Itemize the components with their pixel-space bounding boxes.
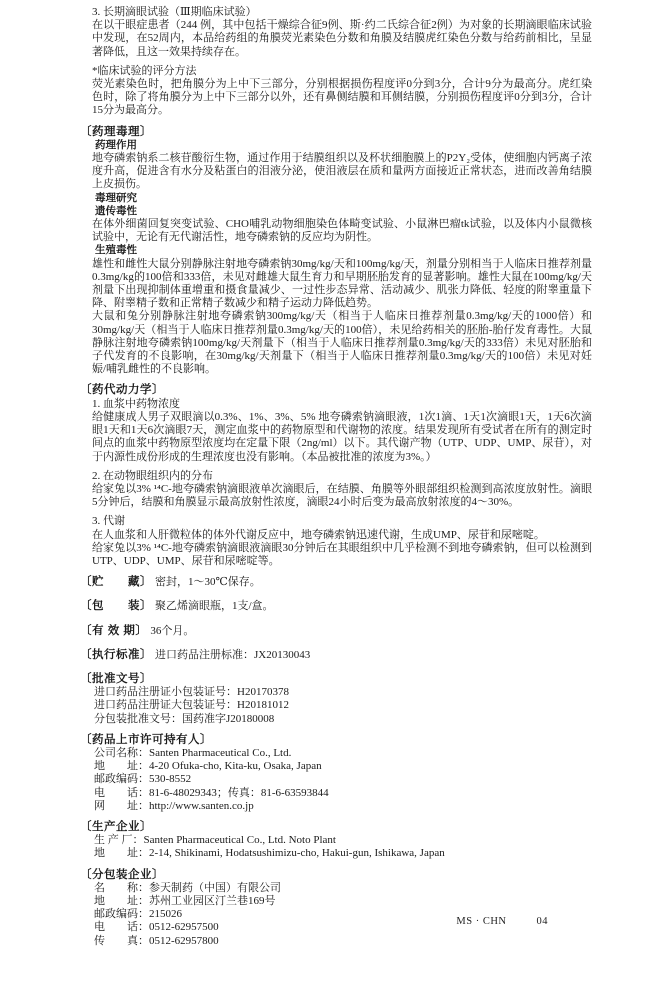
document-content: 3. 长期滴眼试验（Ⅲ期临床试验）在以干眼症患者（244 例，其中包括干燥综合征…: [0, 0, 672, 948]
bracket-header-label: 〔批准文号〕: [80, 673, 152, 685]
holder-postal-code: 邮政编码：530-8552: [94, 773, 592, 786]
pk-item-1-title: 1. 血浆中药物浓度: [92, 398, 592, 411]
holder-website: 网 址：http://www.santen.co.jp: [94, 800, 592, 813]
pk-item-3-title: 3. 代谢: [92, 515, 592, 528]
section-executive-standard: 〔执行标准〕进口药品注册标准：JX20130043: [80, 649, 592, 662]
bracket-header-label: 〔药品上市许可持有人〕: [80, 734, 212, 746]
bracket-header-text: 36个月。: [147, 625, 194, 637]
bracket-header-label: 〔执行标准〕: [80, 649, 152, 661]
holder-phone-fax: 电 话：81-6-48029343；传真：81-6-63593844: [94, 787, 592, 800]
bracket-header-label: 〔药理毒理〕: [80, 126, 152, 138]
holder-address: 地 址：4-20 Ofuka-cho, Kita-ku, Osaka, Japa…: [94, 760, 592, 773]
genetic-toxicity-paragraph: 在体外细菌回复突变试验、CHO哺乳动物细胞染色体畸变试验、小鼠淋巴瘤tk试验，以…: [92, 218, 592, 244]
section-pharmacokinetics: 〔药代动力学〕: [80, 384, 592, 397]
clinical-trial-paragraph: 在以干眼症患者（244 例，其中包括干燥综合征9例、斯·约二氏综合征2例）为对象…: [92, 19, 592, 59]
scoring-method-paragraph: 荧光素染色时，把角膜分为上中下三部分，分别根据损伤程度评0分到3分，合计9分为最…: [92, 78, 592, 118]
section-packaging: 〔包 装〕聚乙烯滴眼瓶，1支/盒。: [80, 600, 592, 613]
bracket-header-text: 密封，1～30℃保存。: [152, 576, 261, 588]
bracket-header-text: 聚乙烯滴眼瓶，1支/盒。: [152, 600, 274, 612]
section-subpackaging-company: 〔分包装企业〕: [80, 869, 592, 882]
reproductive-toxicity-paragraph-1: 雄性和雌性大鼠分别静脉注射地夸磷索钠30mg/kg/天和100mg/kg/天，剂…: [92, 258, 592, 311]
subsection-reproductive-toxicity: 生殖毒性: [95, 244, 592, 257]
scoring-method-title: *临床试验的评分方法: [92, 65, 592, 78]
approval-line-small-package: 进口药品注册证小包装证号：H20170378: [94, 686, 592, 699]
pk-item-1-paragraph: 给健康成人男子双眼滴以0.3%、1%、3%、5% 地夸磷索钠滴眼液，1次1滴、1…: [92, 411, 592, 464]
package-insert-page: 3. 长期滴眼试验（Ⅲ期临床试验）在以干眼症患者（244 例，其中包括干燥综合征…: [0, 0, 672, 1000]
clinical-trial-item-title: 3. 长期滴眼试验（Ⅲ期临床试验）: [92, 6, 592, 19]
footer-document-code: MS · CHN: [456, 916, 506, 927]
pk-item-3-paragraph-1: 在人血浆和人肝微粒体的体外代谢反应中，地夸磷索钠迅速代谢，生成UMP、尿苷和尿嘧…: [92, 529, 592, 542]
pk-item-2-paragraph: 给家兔以3% ¹⁴C-地夸磷索钠滴眼液单次滴眼后，在结膜、角膜等外眼部组织检测到…: [92, 483, 592, 509]
subpackager-address: 地 址：苏州工业园区汀兰巷169号: [94, 895, 592, 908]
footer-page-number: 04: [537, 916, 549, 927]
bracket-header-label: 〔有 效 期〕: [80, 625, 147, 637]
manufacturer-address: 地 址：2-14, Shikinami, Hodatsushimizu-cho,…: [94, 847, 592, 860]
section-approval-number: 〔批准文号〕: [80, 673, 592, 686]
section-manufacturer: 〔生产企业〕: [80, 821, 592, 834]
pk-item-3-paragraph-2: 给家兔以3% ¹⁴C-地夸磷索钠滴眼液滴眼30分钟后在其眼组织中几乎检测不到地夸…: [92, 542, 592, 568]
section-shelf-life: 〔有 效 期〕36个月。: [80, 625, 592, 638]
subsection-toxicology-research: 毒理研究: [95, 192, 592, 205]
reproductive-toxicity-paragraph-2: 大鼠和兔分别静脉注射地夸磷索钠300mg/kg/天（相当于人临床日推荐剂量0.3…: [92, 310, 592, 376]
manufacturer-plant: 生 产 厂：Santen Pharmaceutical Co., Ltd. No…: [94, 834, 592, 847]
section-pharmacology-toxicology: 〔药理毒理〕: [80, 126, 592, 139]
bracket-header-label: 〔贮 藏〕: [80, 576, 152, 588]
approval-line-large-package: 进口药品注册证大包装证号：H20181012: [94, 699, 592, 712]
bracket-header-label: 〔分包装企业〕: [80, 869, 164, 881]
approval-line-subpackage: 分包装批准文号：国药准字J20180008: [94, 713, 592, 726]
subsection-genetic-toxicity: 遗传毒性: [95, 205, 592, 218]
subpackager-name: 名 称：参天制药（中国）有限公司: [94, 882, 592, 895]
subsection-pharmacological-action: 药理作用: [95, 139, 592, 152]
pk-item-2-title: 2. 在动物眼组织内的分布: [92, 470, 592, 483]
bracket-header-label: 〔药代动力学〕: [80, 384, 164, 396]
bracket-header-label: 〔生产企业〕: [80, 821, 152, 833]
section-storage: 〔贮 藏〕密封，1～30℃保存。: [80, 576, 592, 589]
bracket-header-text: 进口药品注册标准：JX20130043: [152, 649, 310, 661]
section-marketing-authorization-holder: 〔药品上市许可持有人〕: [80, 734, 592, 747]
subpackager-fax: 传 真：0512-62957800: [94, 935, 592, 948]
holder-company-name: 公司名称：Santen Pharmaceutical Co., Ltd.: [94, 747, 592, 760]
bracket-header-label: 〔包 装〕: [80, 600, 152, 612]
pharmacological-action-paragraph: 地夸磷索钠系二核苷酸衍生物，通过作用于结膜组织以及杯状细胞膜上的P2Y₂受体，使…: [92, 152, 592, 192]
page-footer: MS · CHN 04: [456, 916, 548, 927]
